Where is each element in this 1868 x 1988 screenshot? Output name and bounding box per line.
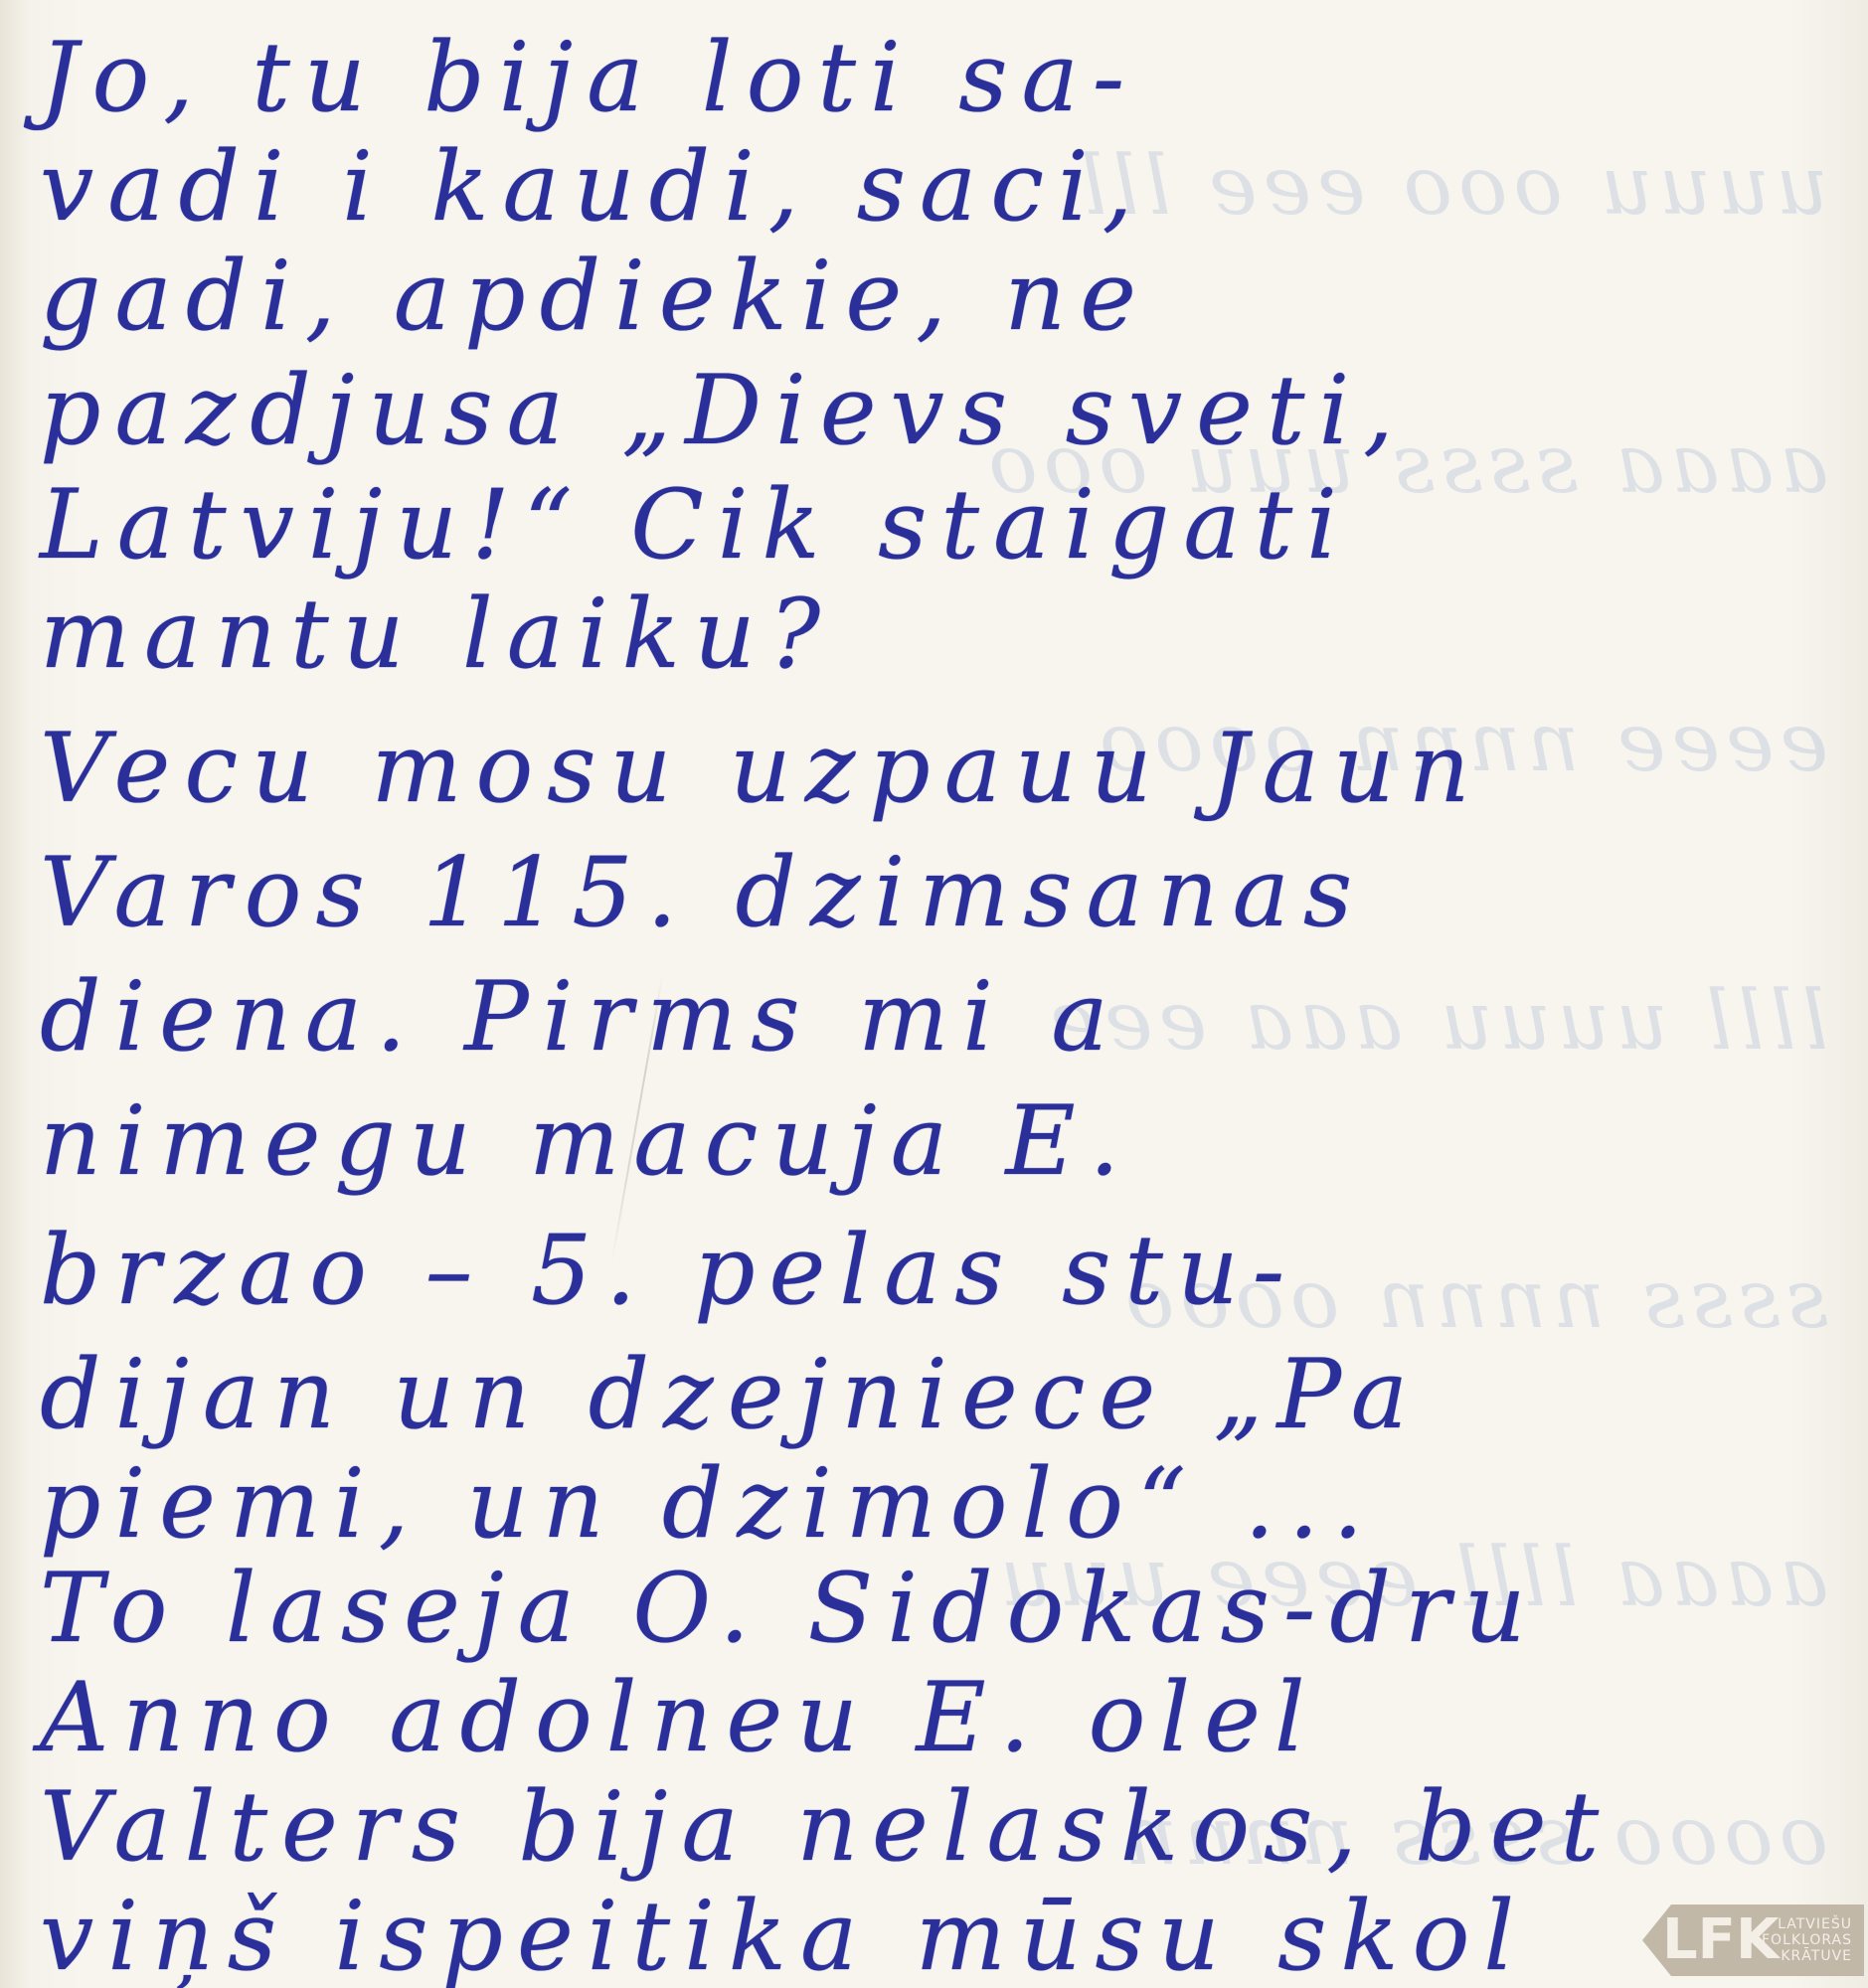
logo-line-1: LATVIEŠU <box>1762 1916 1852 1932</box>
manuscript-page: uuuu ooo eee lll aaaa ssss uuu ooo eeee … <box>0 0 1868 1988</box>
handwritten-line: Latviju!“ Cik staigati <box>40 477 1828 573</box>
logo-line-3: KRĀTUVE <box>1762 1948 1852 1964</box>
handwritten-line: Varos 115. dzimsanas <box>40 845 1828 940</box>
handwritten-line: Anno adolneu E. olel <box>40 1670 1828 1765</box>
handwritten-line: brzao – 5. pelas stu- <box>40 1223 1828 1318</box>
lfk-mark-icon: LFK <box>1662 1905 1762 1976</box>
handwritten-line: piemi, un dzimolo“ ... <box>40 1456 1828 1552</box>
handwritten-line: Jo, tu bija loti sa- <box>40 30 1828 125</box>
handwritten-line: mantu laiku? <box>40 586 1828 682</box>
logo-wordmark: LATVIEŠU FOLKLORAS KRĀTUVE <box>1762 1916 1852 1964</box>
lfk-watermark-logo: LFK LATVIEŠU FOLKLORAS KRĀTUVE <box>1642 1905 1864 1976</box>
handwritten-line: diena. Pirms mi a <box>40 969 1828 1065</box>
handwritten-line: gadi, apdiekie, ne <box>40 248 1828 344</box>
handwritten-line: vadi i kaudi, saci, <box>40 139 1828 235</box>
handwritten-line: nimegu macuja E. <box>40 1093 1828 1189</box>
handwritten-line: viņš ispeitika mūsu skol <box>40 1889 1828 1984</box>
handwritten-line: dijan un dzejniece „Pa <box>40 1347 1828 1442</box>
handwritten-line: Valters bija nelaskos, bet <box>40 1779 1828 1875</box>
handwritten-line: To laseja O. Sidokas-dru <box>40 1561 1828 1656</box>
handwritten-line: pazdjusa „Dievs sveti, <box>40 363 1828 458</box>
handwritten-line: Vecu mosu uzpauu Jaun <box>40 721 1828 816</box>
logo-line-2: FOLKLORAS <box>1762 1932 1852 1948</box>
